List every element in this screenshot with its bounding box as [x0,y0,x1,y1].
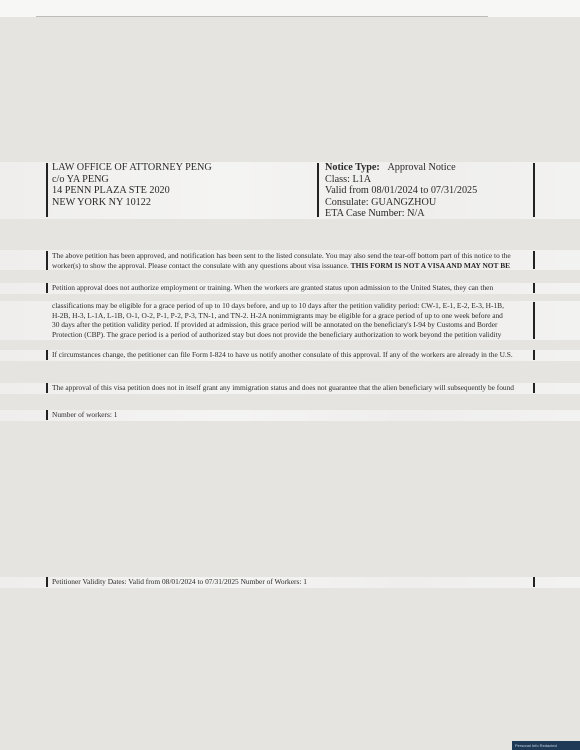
notice-valid-dates: Valid from 08/01/2024 to 07/31/2025 [325,185,477,197]
margin-bar [46,577,48,587]
notice-eta-case: ETA Case Number: N/A [325,208,425,220]
margin-bar [533,283,535,293]
notice-type-value: Approval Notice [387,162,455,173]
left-margin-bar [46,163,48,217]
redaction-badge: Personal Info Redacted [512,741,580,750]
margin-bar [533,577,535,587]
not-a-visa-warning: THIS FORM IS NOT A VISA AND MAY NOT BE [351,261,510,270]
recipient-line-2: c/o YA PENG [52,174,109,186]
top-rule [36,16,488,17]
margin-bar [533,350,535,360]
approval-text-line-1: The above petition has been approved, an… [52,251,511,261]
grace-text-line-1: classifications may be eligible for a gr… [52,301,504,311]
margin-bar [533,302,535,339]
number-of-workers: Number of workers: 1 [52,410,117,420]
employment-text: Petition approval does not authorize emp… [52,283,493,293]
top-margin [0,0,580,17]
notice-type-label: Notice Type: [325,162,380,173]
tear-off-validity-line: Petitioner Validity Dates: Valid from 08… [52,577,307,587]
recipient-line-3: 14 PENN PLAZA STE 2020 [52,185,170,197]
notice-class: Class: L1A [325,174,371,186]
right-margin-bar [533,163,535,217]
approval-text-line-2: worker(s) to show the approval. Please c… [52,261,510,271]
approval-text: worker(s) to show the approval. Please c… [52,261,351,270]
grace-text-line-3: 30 days after the petition validity peri… [52,320,497,330]
no-status-text: The approval of this visa petition does … [52,383,514,393]
notice-consulate: Consulate: GUANGZHOU [325,197,436,209]
recipient-line-4: NEW YORK NY 10122 [52,197,151,209]
margin-bar [46,283,48,293]
margin-bar [46,383,48,393]
circumstances-text: If circumstances change, the petitioner … [52,350,513,360]
mid-margin-bar [317,163,319,217]
recipient-line-1: LAW OFFICE OF ATTORNEY PENG [52,162,212,174]
notice-type: Notice Type: Approval Notice [325,162,456,174]
margin-bar [46,350,48,360]
margin-bar [46,251,48,270]
margin-bar [533,383,535,393]
margin-bar [46,410,48,420]
grace-text-line-4: Protection (CBP). The grace period is a … [52,330,501,340]
margin-bar [533,251,535,269]
